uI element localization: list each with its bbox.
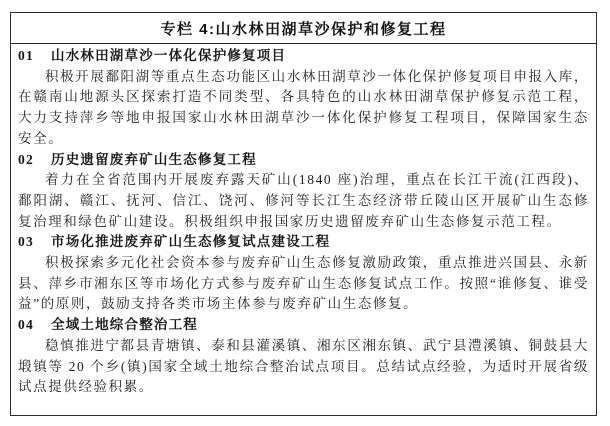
- section-number: 01: [18, 46, 36, 67]
- section-heading-text: 历史遗留废弃矿山生态修复工程: [51, 152, 257, 167]
- section-number: 02: [18, 150, 36, 171]
- section-body: 着力在全省范围内开展废弃露天矿山(1840 座)治理，重点在长江干流(江西段)、…: [18, 170, 589, 232]
- section-heading: 01山水林田湖草沙一体化保护修复项目: [18, 46, 589, 67]
- section-heading-text: 市场化推进废弃矿山生态修复试点建设工程: [51, 234, 330, 249]
- section-heading-text: 山水林田湖草沙一体化保护修复项目: [51, 48, 286, 63]
- section-heading: 04全域土地综合整治工程: [18, 315, 589, 336]
- section-number: 04: [18, 315, 36, 336]
- panel-content: 01山水林田湖草沙一体化保护修复项目 积极开展鄱阳湖等重点生态功能区山水林田湖草…: [11, 44, 596, 398]
- section-03: 03市场化推进废弃矿山生态修复试点建设工程 积极探索多元化社会资本参与废弃矿山生…: [18, 232, 589, 315]
- section-number: 03: [18, 232, 36, 253]
- section-heading-text: 全域土地综合整治工程: [51, 317, 198, 332]
- section-01: 01山水林田湖草沙一体化保护修复项目 积极开展鄱阳湖等重点生态功能区山水林田湖草…: [18, 46, 589, 150]
- panel-title: 专栏 4:山水林田湖草沙保护和修复工程: [11, 13, 596, 44]
- section-body: 积极探索多元化社会资本参与废弃矿山生态修复激励政策，重点推进兴国县、永新县、萍乡…: [18, 253, 589, 315]
- column-panel: 专栏 4:山水林田湖草沙保护和修复工程 01山水林田湖草沙一体化保护修复项目 积…: [10, 12, 597, 416]
- section-body: 积极开展鄱阳湖等重点生态功能区山水林田湖草沙一体化保护修复项目申报入库，在赣南山…: [18, 67, 589, 150]
- section-body: 稳慎推进宁都县青塘镇、泰和县灌溪镇、湘东区湘东镇、武宁县澧溪镇、铜鼓县大塅镇等 …: [18, 336, 589, 398]
- section-04: 04全域土地综合整治工程 稳慎推进宁都县青塘镇、泰和县灌溪镇、湘东区湘东镇、武宁…: [18, 315, 589, 398]
- section-02: 02历史遗留废弃矿山生态修复工程 着力在全省范围内开展废弃露天矿山(1840 座…: [18, 150, 589, 233]
- section-heading: 03市场化推进废弃矿山生态修复试点建设工程: [18, 232, 589, 253]
- section-heading: 02历史遗留废弃矿山生态修复工程: [18, 150, 589, 171]
